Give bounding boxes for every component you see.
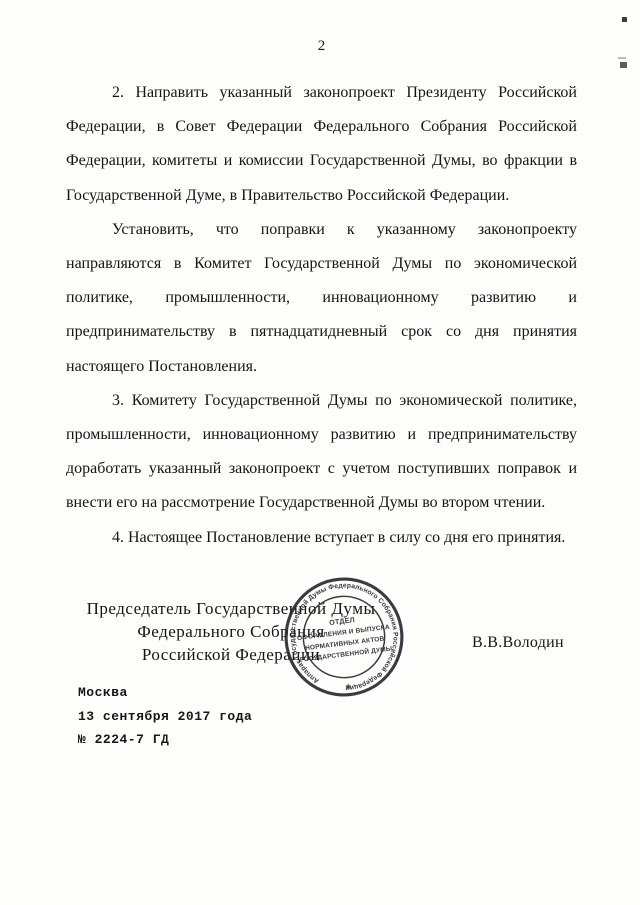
footer-date: 13 сентября 2017 года [78,705,252,729]
paragraph-line: 2. Направить указанный законопроект През… [66,76,577,110]
footer-number: № 2224-7 ГД [78,728,252,752]
paragraph-line: промышленности, инновационному развитию … [66,418,577,452]
footer-city: Москва [78,681,252,705]
paragraph-line: политике, промышленности, инновационному… [66,281,577,315]
scan-artifact [620,62,627,68]
stamp-center-line: ОТДЕЛ [329,615,356,627]
paragraph: 3. Комитету Государственной Думы по экон… [66,384,577,521]
paragraph: Установить, что поправки к указанному за… [66,213,577,384]
scan-artifact [622,17,627,22]
page-number: 2 [66,38,577,55]
stamp-center-text: ОТДЕЛ ОФОРМЛЕНИЯ И ВЫПУСКА НОРМАТИВНЫХ А… [295,611,393,664]
signature-name: В.В.Володин [472,634,564,652]
paragraph-line: доработать указанный законопроект с учет… [66,452,577,486]
paragraph-line: Государственной Думе, в Правительство Ро… [66,179,577,213]
paragraph-line: Установить, что поправки к указанному за… [66,213,577,247]
star-icon: ★ [344,682,352,692]
paragraph-line: предпринимательству в пятнадцатидневный … [66,315,577,349]
paragraph: 2. Направить указанный законопроект През… [66,76,577,213]
paragraph-line: Федерации, в Совет Федерации Федеральног… [66,110,577,144]
paragraph-line: 3. Комитету Государственной Думы по экон… [66,384,577,418]
paragraph-line: Федерации, комитеты и комиссии Государст… [66,144,577,178]
document-footer: Москва 13 сентября 2017 года № 2224-7 ГД [78,681,252,752]
paragraph: 4. Настоящее Постановление вступает в си… [66,521,577,555]
paragraph-line: настоящего Постановления. [66,350,577,384]
document-body: 2. Направить указанный законопроект През… [66,76,577,555]
paragraph-line: 4. Настоящее Постановление вступает в си… [66,521,577,555]
scan-artifact [618,57,626,59]
paragraph-line: направляются в Комитет Государственной Д… [66,247,577,281]
paragraph-line: внести его на рассмотрение Государственн… [66,486,577,520]
document-page: 2 2. Направить указанный законопроект Пр… [0,0,640,905]
official-seal-stamp: Аппарат Государственной Думы Федеральног… [265,558,423,716]
